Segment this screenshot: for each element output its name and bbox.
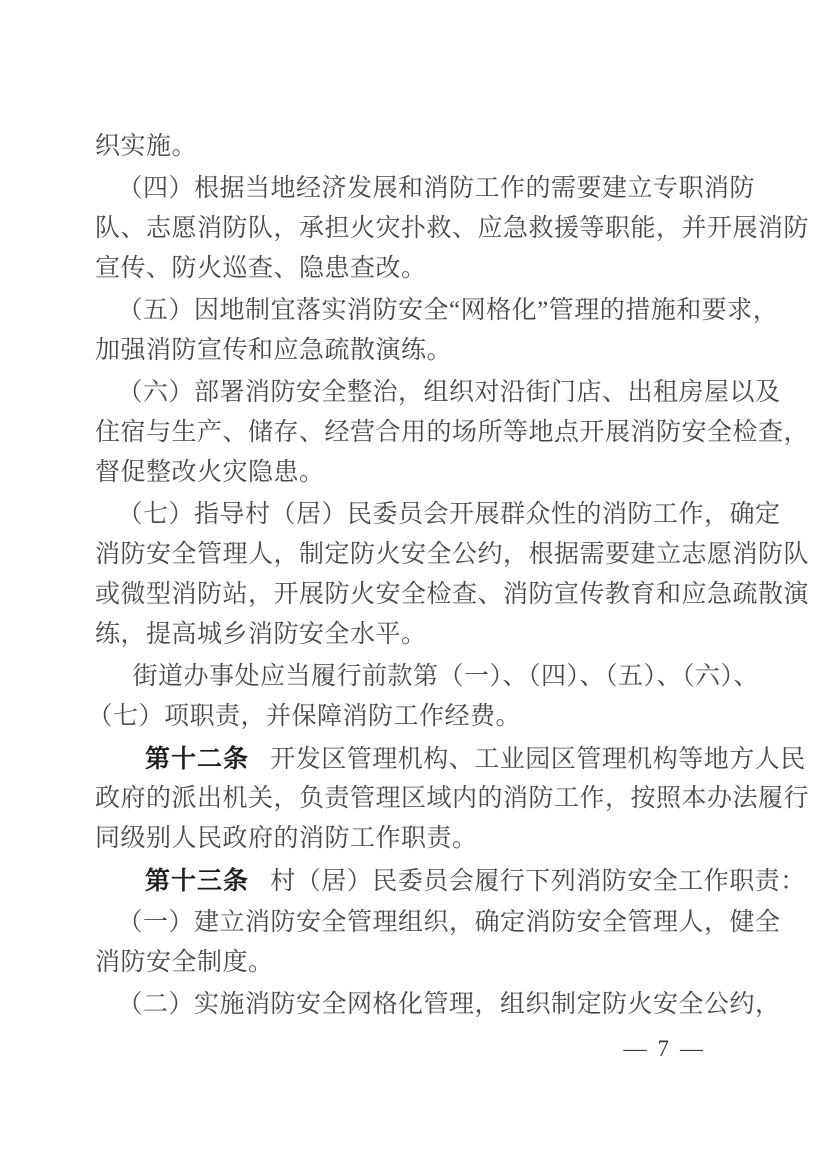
text-line: 消防安全管理人，制定防火安全公约，根据需要建立志愿消防队 <box>95 535 725 575</box>
text-line: 织实施。 <box>95 127 725 167</box>
article-13-term: 第十三条 <box>145 867 249 895</box>
text-line-item-1-start: （一）建立消防安全管理组织，确定消防安全管理人，健全 <box>95 903 725 943</box>
document-body: 织实施。 （四）根据当地经济发展和消防工作的需要建立专职消防 队、志愿消防队，承… <box>95 127 725 1025</box>
article-12-term: 第十二条 <box>145 745 249 773</box>
page-number: 7 <box>658 1036 670 1061</box>
document-page: 织实施。 （四）根据当地经济发展和消防工作的需要建立专职消防 队、志愿消防队，承… <box>0 0 827 1169</box>
footer-left-dash: — <box>624 1036 647 1061</box>
text-line-item-4-start: （四）根据当地经济发展和消防工作的需要建立专职消防 <box>95 169 725 209</box>
text-line: 宣传、防火巡查、隐患查改。 <box>95 249 725 289</box>
text-line: 或微型消防站，开展防火安全检查、消防宣传教育和应急疏散演 <box>95 575 725 615</box>
article-12-text: 开发区管理机构、工业园区管理机构等地方人民 <box>270 746 806 773</box>
text-line: 队、志愿消防队，承担火灾扑救、应急救援等职能，并开展消防 <box>95 209 725 249</box>
footer-right-dash: — <box>680 1036 703 1061</box>
text-line-item-6-start: （六）部署消防安全整治，组织对沿街门店、出租房屋以及 <box>95 373 725 413</box>
text-line: 督促整改火灾隐患。 <box>95 453 725 493</box>
text-line-paragraph-start: 街道办事处应当履行前款第（一）、（四）、（五）、（六）、 <box>95 657 725 697</box>
text-line: 消防安全制度。 <box>95 943 725 983</box>
text-line: 政府的派出机关，负责管理区域内的消防工作，按照本办法履行 <box>95 779 725 819</box>
text-line-item-7-start: （七）指导村（居）民委员会开展群众性的消防工作，确定 <box>95 495 725 535</box>
text-line: 练，提高城乡消防安全水平。 <box>95 615 725 655</box>
text-line: 加强消防宣传和应急疏散演练。 <box>95 331 725 371</box>
text-line: 同级别人民政府的消防工作职责。 <box>95 819 725 859</box>
text-line: （七）项职责，并保障消防工作经费。 <box>95 697 725 737</box>
text-line-item-5-start: （五）因地制宜落实消防安全“网格化”管理的措施和要求， <box>95 291 725 331</box>
article-13-text: 村（居）民委员会履行下列消防安全工作职责： <box>270 868 806 895</box>
text-line-item-2-start: （二）实施消防安全网格化管理，组织制定防火安全公约， <box>95 985 725 1025</box>
page-footer: —7— <box>624 1034 704 1064</box>
text-line-article-12: 第十二条开发区管理机构、工业园区管理机构等地方人民 <box>95 739 725 779</box>
text-line-article-13: 第十三条村（居）民委员会履行下列消防安全工作职责： <box>95 861 725 901</box>
text-line: 住宿与生产、储存、经营合用的场所等地点开展消防安全检查， <box>95 413 725 453</box>
